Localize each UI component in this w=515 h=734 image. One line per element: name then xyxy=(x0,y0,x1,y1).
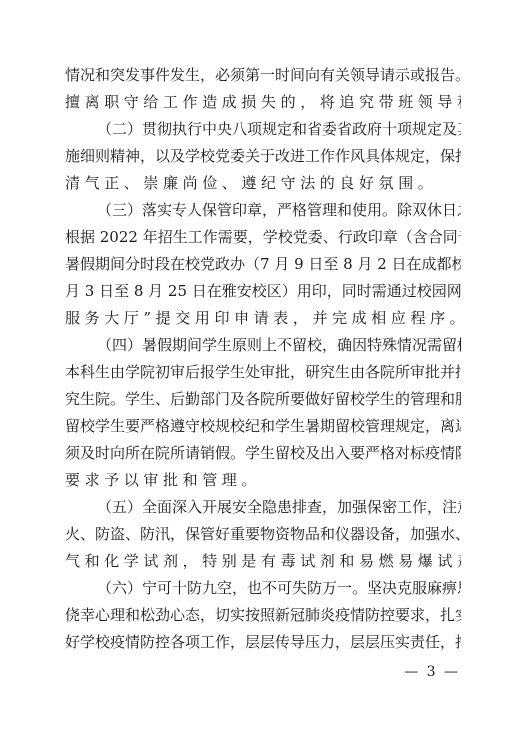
text-line-1: 情况和突发事件发生，必须第一时间向有关领导请示或报告。因 xyxy=(65,62,461,89)
text-line-21: 侥幸心理和松劲心态，切实按照新冠肺炎疫情防控要求，扎实做 xyxy=(65,602,461,629)
text-line-20-section-6-heading: （六）宁可十防九空，也不可失防万一。坚决克服麻痹思想、 xyxy=(65,575,461,602)
text-line-5: 清气正、崇廉尚俭、遵纪守法的良好氛围。 xyxy=(65,170,461,197)
text-line-4: 施细则精神，以及学校党委关于改进工作作风具体规定，保持风 xyxy=(65,143,461,170)
text-line-19: 气和化学试剂，特别是有毒试剂和易燃易爆试剂物品的管理。 xyxy=(65,548,461,575)
text-line-3-section-2-heading: （二）贯彻执行中央八项规定和省委省政府十项规定及其实 xyxy=(65,116,461,143)
document-page: 情况和突发事件发生，必须第一时间向有关领导请示或报告。因 擅离职守给工作造成损失… xyxy=(0,0,515,734)
text-line-11-section-4-heading: （四）暑假期间学生原则上不留校，确因特殊情况需留校的， xyxy=(65,332,461,359)
text-line-8: 暑假期间分时段在校党政办（7 月 9 日至 8 月 2 日在成都校区、8 xyxy=(65,251,461,278)
text-line-18: 火、防盗、防汛，保管好重要物资物品和仪器设备，加强水、电、 xyxy=(65,521,461,548)
text-line-14: 留校学生要严格遵守校规校纪和学生暑期留校管理规定，离返校 xyxy=(65,413,461,440)
text-line-17-section-5-heading: （五）全面深入开展安全隐患排查，加强保密工作，注意防 xyxy=(65,494,461,521)
text-line-7: 根据 2022 年招生工作需要，学校党委、行政印章（含合同专用章） xyxy=(65,224,461,251)
text-line-15: 须及时向所在院所请销假。学生留校及出入要严格对标疫情防控 xyxy=(65,440,461,467)
text-line-13: 究生院。学生、后勤部门及各院所要做好留校学生的管理和服务， xyxy=(65,386,461,413)
text-line-9: 月 3 日至 8 月 25 日在雅安校区）用印，同时需通过校园网“网上 xyxy=(65,278,461,305)
text-line-10: 服务大厅”提交用印申请表，并完成相应程序。 xyxy=(65,305,461,332)
text-line-22: 好学校疫情防控各项工作，层层传导压力，层层压实责任，持续 xyxy=(65,629,461,656)
page-number: — 3 — xyxy=(404,662,460,682)
text-line-12: 本科生由学院初审后报学生处审批，研究生由各院所审批并报研 xyxy=(65,359,461,386)
document-body: 情况和突发事件发生，必须第一时间向有关领导请示或报告。因 擅离职守给工作造成损失… xyxy=(65,62,461,656)
text-line-6-section-3-heading: （三）落实专人保管印章，严格管理和使用。除双休日之外， xyxy=(65,197,461,224)
text-line-16: 要求予以审批和管理。 xyxy=(65,467,461,494)
text-line-2: 擅离职守给工作造成损失的，将追究带班领导和值班人员责任。 xyxy=(65,89,461,116)
